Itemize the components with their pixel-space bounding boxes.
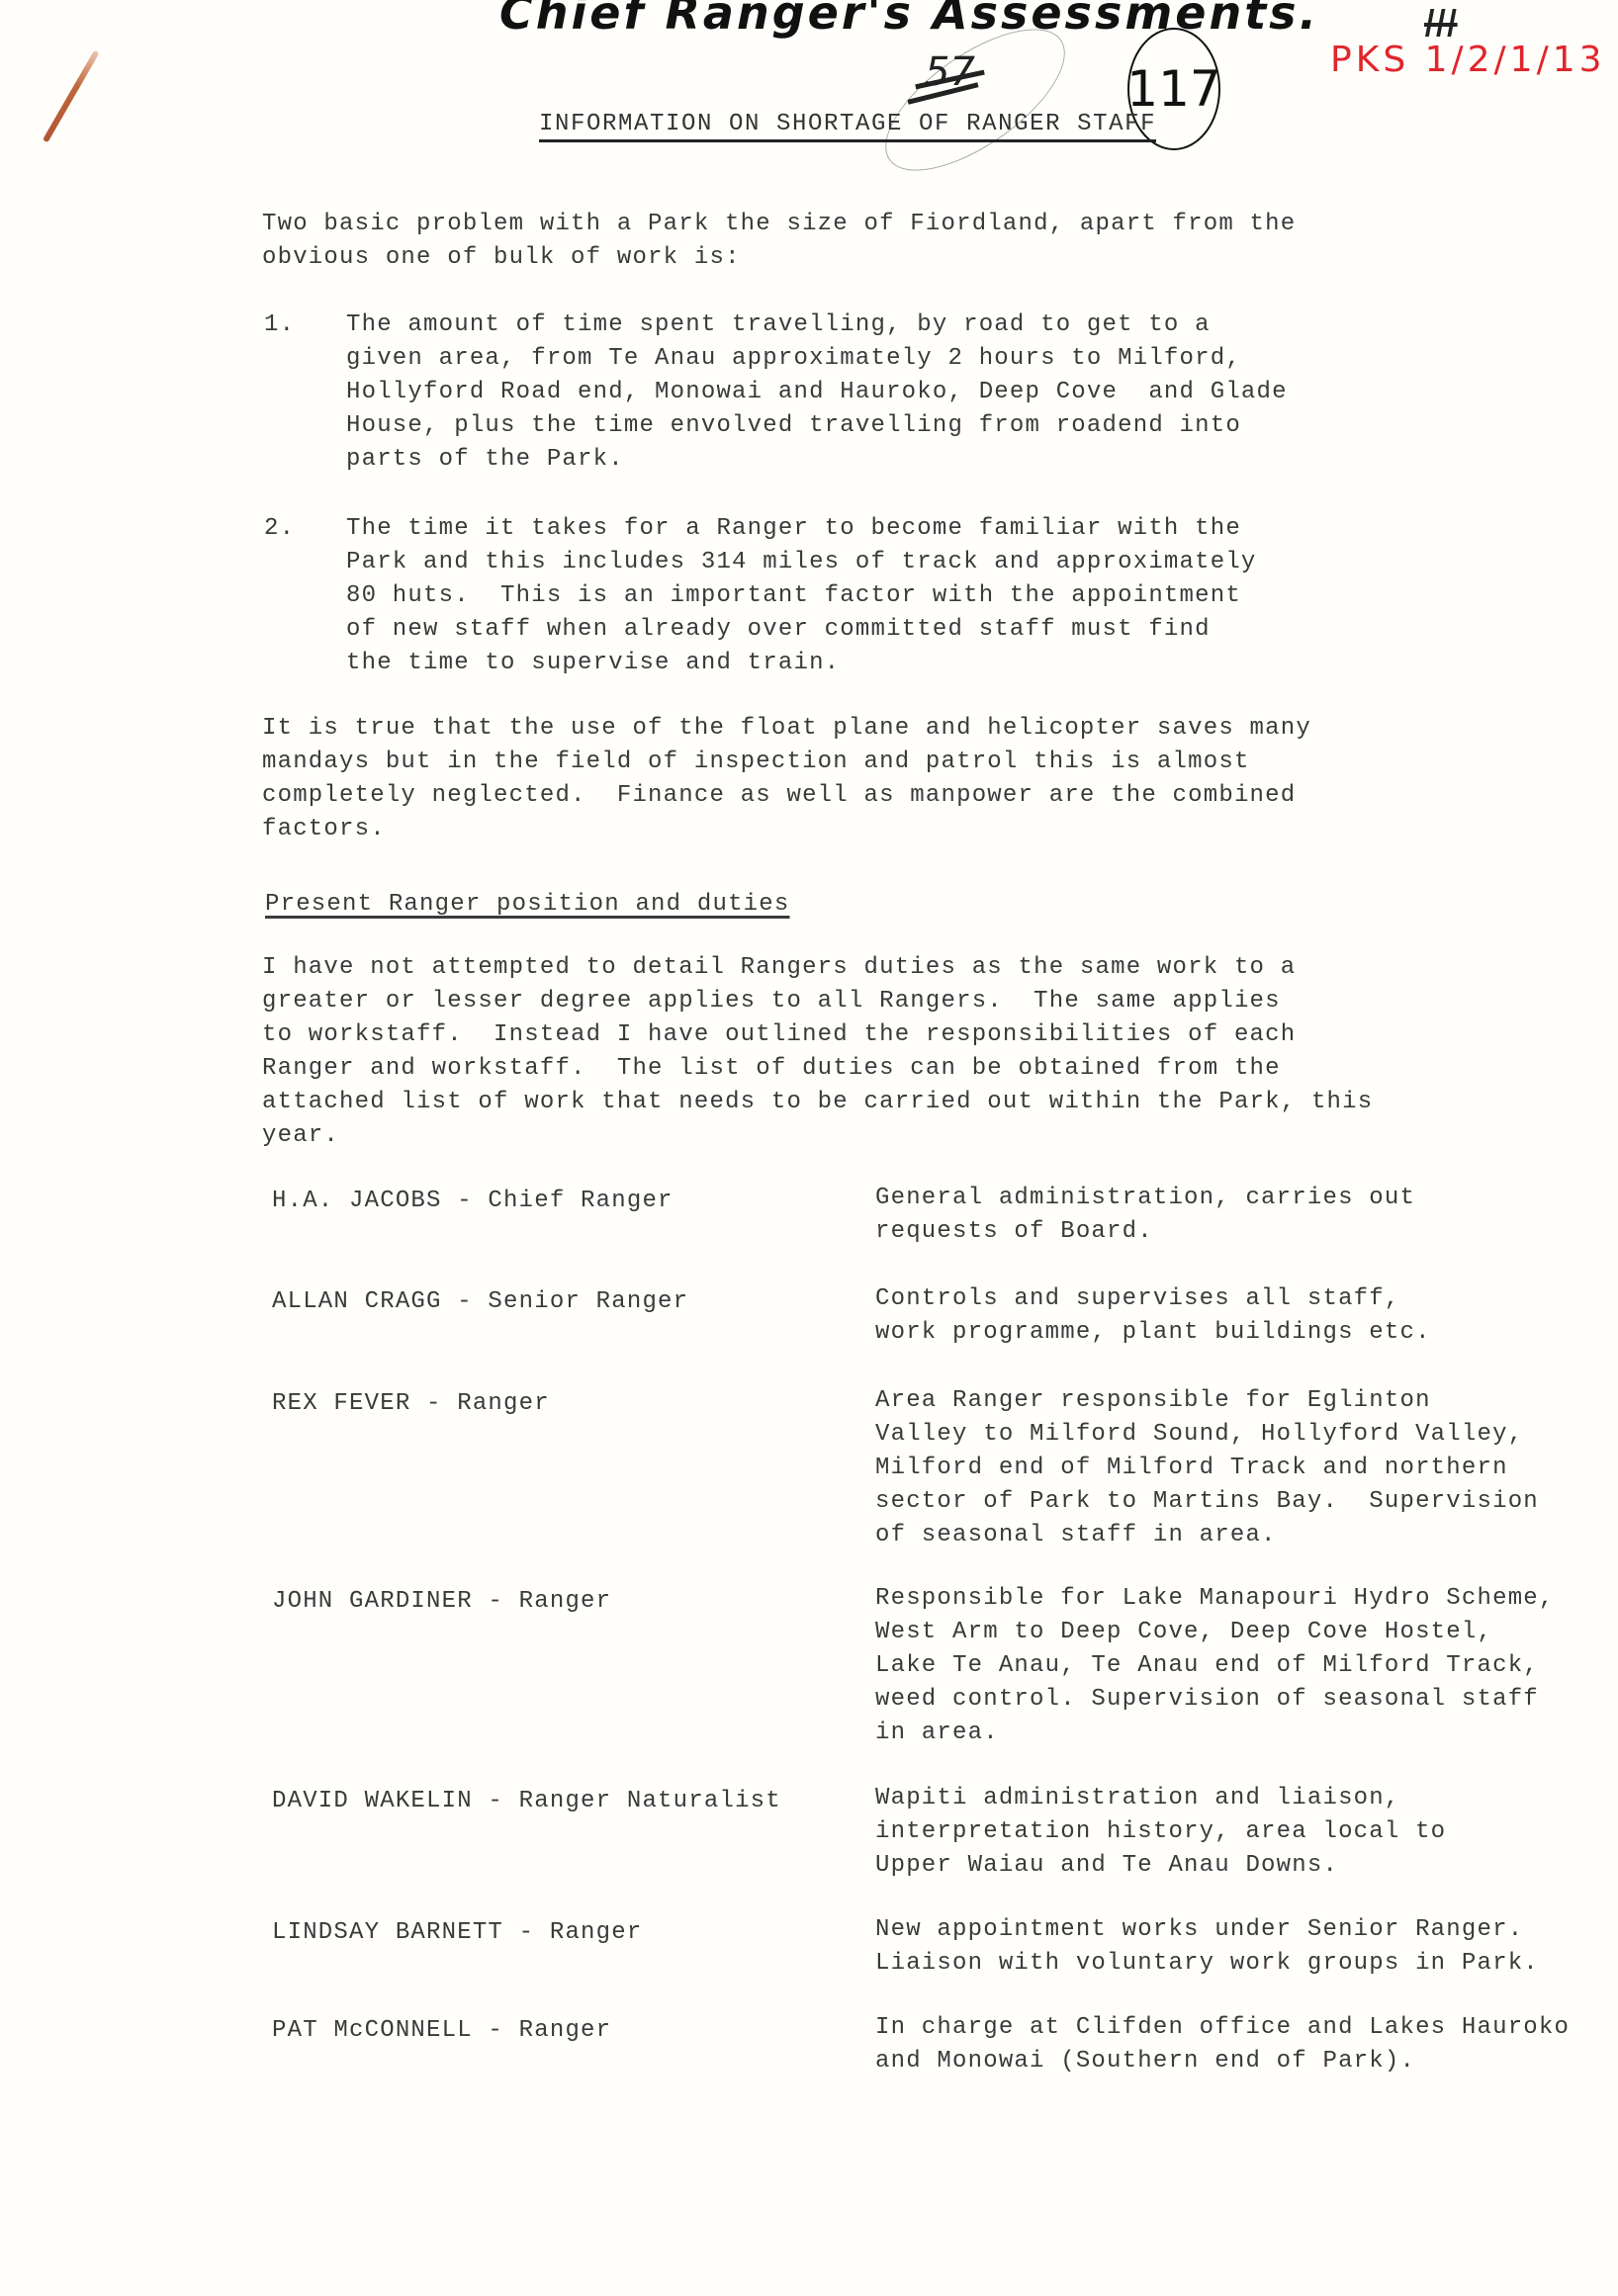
- staff-duties: In charge at Clifden office and Lakes Ha…: [875, 2011, 1607, 2078]
- folio-number: 117: [1126, 60, 1220, 118]
- reference-stamp: PKS 1/2/1/13: [1330, 40, 1606, 80]
- rust-pin-mark: [43, 50, 100, 143]
- float-plane-paragraph: It is true that the use of the float pla…: [262, 712, 1449, 846]
- staff-duties: Wapiti administration and liaison, inter…: [875, 1782, 1607, 1883]
- item-number: 1.: [264, 309, 295, 342]
- section-heading: Present Ranger position and duties: [265, 888, 789, 922]
- intro-paragraph: Two basic problem with a Park the size o…: [262, 208, 1449, 275]
- staff-duties: Area Ranger responsible for Eglinton Val…: [875, 1384, 1607, 1552]
- staff-name: PAT McCONNELL - Ranger: [272, 2014, 846, 2048]
- handwritten-heading: Chief Ranger's Assessments.: [499, 0, 1319, 40]
- document-title: INFORMATION ON SHORTAGE OF RANGER STAFF: [539, 111, 1156, 142]
- staff-duties: General administration, carries out requ…: [875, 1182, 1607, 1249]
- item-text: The amount of time spent travelling, by …: [346, 309, 1385, 477]
- staff-duties: Controls and supervises all staff, work …: [875, 1282, 1607, 1350]
- staff-duties: New appointment works under Senior Range…: [875, 1913, 1607, 1981]
- duties-paragraph: I have not attempted to detail Rangers d…: [262, 951, 1449, 1153]
- staff-name: H.A. JACOBS - Chief Ranger: [272, 1185, 846, 1218]
- staff-name: DAVID WAKELIN - Ranger Naturalist: [272, 1785, 846, 1818]
- staff-name: ALLAN CRAGG - Senior Ranger: [272, 1285, 846, 1319]
- staff-name: REX FEVER - Ranger: [272, 1387, 846, 1421]
- item-number: 2.: [264, 512, 295, 546]
- staff-duties: Responsible for Lake Manapouri Hydro Sch…: [875, 1582, 1607, 1750]
- item-text: The time it takes for a Ranger to become…: [346, 512, 1385, 680]
- staff-name: LINDSAY BARNETT - Ranger: [272, 1916, 846, 1950]
- struck-folio-number: 57: [925, 49, 975, 95]
- staff-name: JOHN GARDINER - Ranger: [272, 1585, 846, 1619]
